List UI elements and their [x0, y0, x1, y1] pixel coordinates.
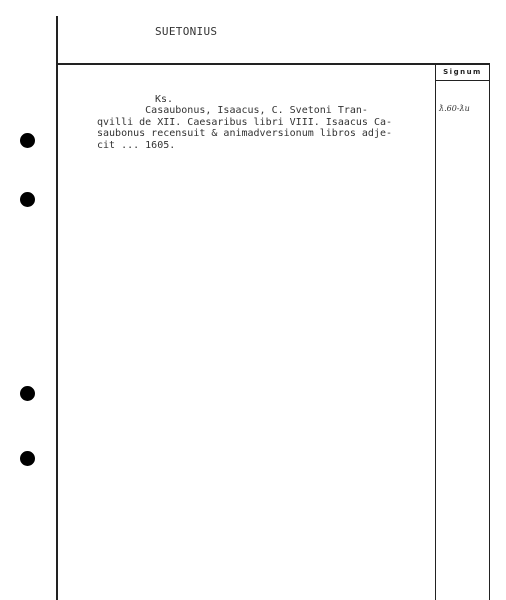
- signum-label: Signum: [436, 64, 489, 81]
- bibliographic-entry: Casaubonus, Isaacus, C. Svetoni Tran- qv…: [97, 105, 392, 151]
- punch-hole: [20, 451, 35, 466]
- shelfmark: Ks.: [155, 94, 173, 105]
- card-header-rule: [56, 63, 490, 65]
- signum-value: ƛ.60-ƛu: [439, 104, 470, 113]
- punch-hole: [20, 192, 35, 207]
- card-left-rule: [56, 16, 58, 600]
- catalog-card: SUETONIUS Signum ƛ.60-ƛu Ks. Casaubonus,…: [0, 0, 506, 600]
- punch-hole: [20, 386, 35, 401]
- signum-column: Signum ƛ.60-ƛu: [435, 64, 490, 600]
- punch-hole: [20, 133, 35, 148]
- card-heading: SUETONIUS: [155, 25, 217, 38]
